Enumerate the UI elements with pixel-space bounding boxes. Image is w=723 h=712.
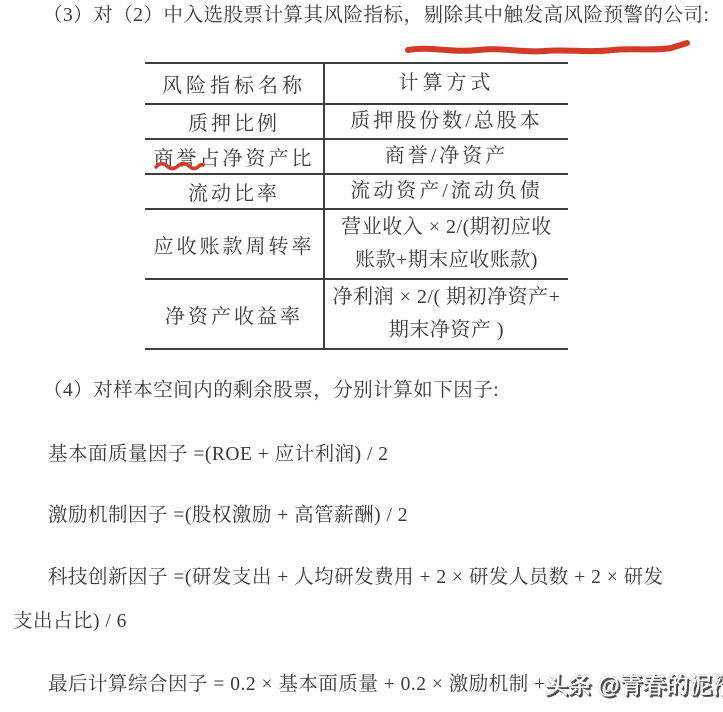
table-row: 流动比率 流动资产/流动负债: [145, 174, 568, 209]
paragraph-step-4: （4）对样本空间内的剩余股票，分别计算如下因子:: [13, 369, 715, 413]
table-row: 应收账款周转率 营业收入 × 2/(期初应收 账款+期末应收账款): [145, 209, 568, 279]
cell-method-goodwill-ratio: 商誉/净资产: [324, 139, 568, 174]
formula-incentive-mechanism: 激励机制因子 =(股权激励 + 高管薪酬) / 2: [13, 494, 715, 538]
table-header-row: 风险指标名称 计算方式: [145, 63, 568, 104]
header-calculation-method: 计算方式: [324, 63, 568, 104]
document-page: （3）对（2）中入选股票计算其风险指标，剔除其中触发高风险预警的公司: 风险指标…: [0, 0, 723, 712]
table-row: 质押比例 质押股份数/总股本: [145, 104, 568, 139]
cell-indicator-receivables-turnover: 应收账款周转率: [145, 209, 324, 279]
paragraph-step-3: （3）对（2）中入选股票计算其风险指标，剔除其中触发高风险预警的公司:: [13, 0, 715, 38]
cell-indicator-current-ratio: 流动比率: [145, 174, 324, 209]
cell-indicator-goodwill-ratio: 商誉占净资产比: [145, 139, 324, 174]
red-underline-highrisk-icon: [408, 43, 687, 51]
table-row: 净资产收益率 净利润 × 2/( 期初净资产+ 期末净资产 ): [145, 279, 568, 349]
cell-indicator-pledge-ratio: 质押比例: [145, 104, 324, 139]
risk-indicator-table: 风险指标名称 计算方式 质押比例 质押股份数/总股本 商誉占净资产比 商誉/净资…: [145, 62, 568, 350]
formula-fundamental-quality: 基本面质量因子 =(ROE + 应计利润) / 2: [13, 433, 715, 477]
cell-indicator-roe: 净资产收益率: [145, 279, 324, 349]
header-risk-indicator-name: 风险指标名称: [145, 63, 324, 104]
cell-method-roe: 净利润 × 2/( 期初净资产+ 期末净资产 ): [324, 279, 568, 349]
cell-method-current-ratio: 流动资产/流动负债: [324, 174, 568, 209]
cell-method-receivables-turnover: 营业收入 × 2/(期初应收 账款+期末应收账款): [324, 209, 568, 279]
toutiao-watermark: 头条 @青春的泥沼: [545, 667, 723, 700]
cell-method-pledge-ratio: 质押股份数/总股本: [324, 104, 568, 139]
table-row: 商誉占净资产比 商誉/净资产: [145, 139, 568, 174]
formula-tech-innovation: 科技创新因子 =(研发支出 + 人均研发费用 + 2 × 研发人员数 + 2 ×…: [13, 556, 715, 644]
